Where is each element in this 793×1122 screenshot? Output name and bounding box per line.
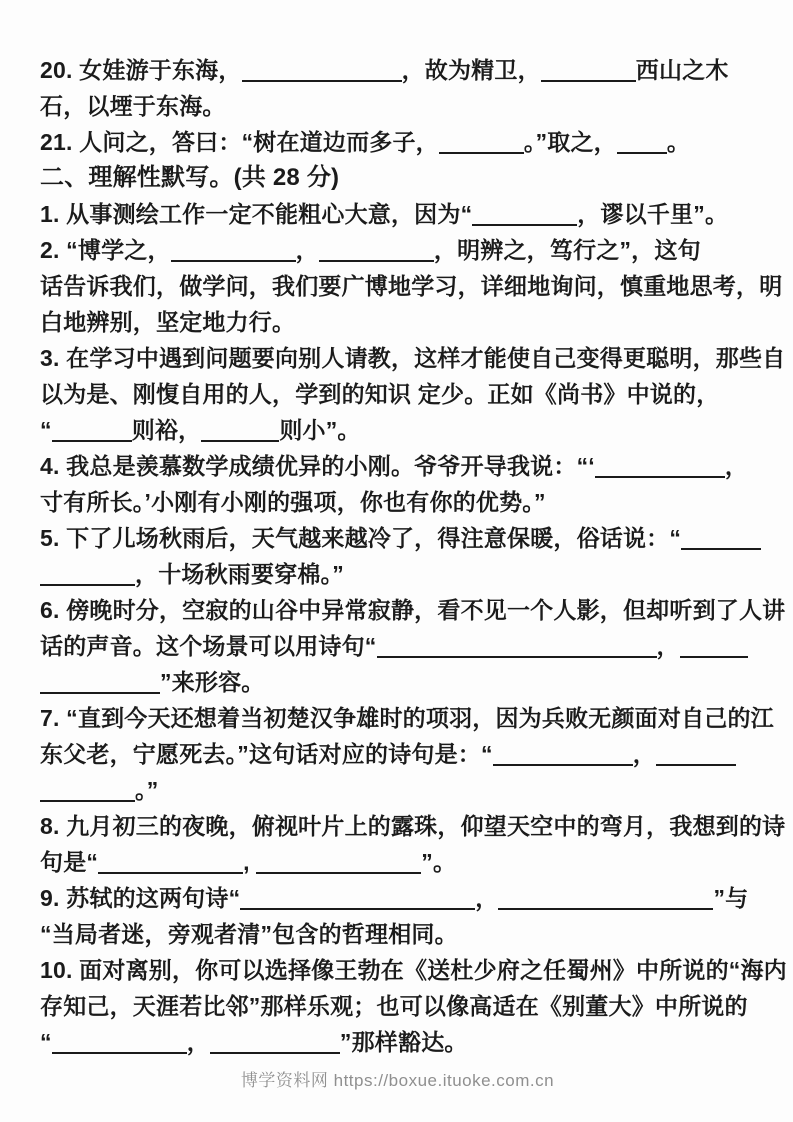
answer-blank (201, 417, 279, 442)
answer-blank (377, 633, 657, 658)
s2-question-6-line-2: 话的声音。这个场景可以用诗句“， (40, 628, 755, 664)
answer-blank (40, 669, 160, 694)
line-text: 寸有所长。’小刚有小刚的强项，你也有你的优势。” (40, 489, 546, 515)
answer-blank (98, 849, 243, 874)
answer-blank (656, 741, 736, 766)
s2-question-7-line-3: 。” (40, 772, 755, 808)
s2-question-6-line-1: 6. 傍晚时分，空寂的山谷中异常寂静，看不见一个人影，但却听到了人讲 (40, 592, 755, 628)
s2-question-10-line-1: 10. 面对离别，你可以选择像王勃在《送杜少府之任蜀州》中所说的“海内 (40, 952, 755, 988)
answer-blank (40, 777, 135, 802)
s2-question-3-line-3: “则裕，则小”。 (40, 412, 755, 448)
line-text: 9. 苏轼的这两句诗“ (40, 885, 240, 911)
s2-question-2-line-2: 话告诉我们，做学问，我们要广博地学习，详细地询问，慎重地思考，明 (40, 268, 755, 304)
line-text: 话告诉我们，做学问，我们要广博地学习，详细地询问，慎重地思考，明 (40, 273, 782, 299)
line-text: 白地辨别，坚定地力行。 (40, 309, 295, 335)
s2-question-5-line-2: ，十场秋雨要穿棉。” (40, 556, 755, 592)
s2-question-4-line-1: 4. 我总是羡慕数学成绩优异的小刚。爷爷开导我说：“‘， (40, 448, 755, 484)
answer-blank (210, 1029, 340, 1054)
line-text: 4. 我总是羡慕数学成绩优异的小刚。爷爷开导我说：“‘ (40, 453, 595, 479)
answer-blank (52, 1029, 187, 1054)
line-text: ”。 (421, 849, 456, 875)
s2-question-1-line-1: 1. 从事测绘工作一定不能粗心大意，因为“，谬以千里”。 (40, 196, 755, 232)
s2-question-3-line-2: 以为是、刚愎自用的人，学到的知识 定少。正如《尚书》中说的， (40, 376, 755, 412)
line-text: ，故为精卫， (402, 57, 541, 83)
line-text: 以为是、刚愎自用的人，学到的知识 定少。正如《尚书》中说的， (40, 381, 719, 407)
answer-blank (171, 237, 296, 262)
answer-blank (40, 561, 135, 586)
line-text: ”与 (713, 885, 748, 911)
question-20-line-1: 20. 女娃游于东海，，故为精卫，西山之木 (40, 52, 755, 88)
line-text: “ (40, 417, 52, 443)
line-text: ， (657, 633, 680, 659)
answer-blank (319, 237, 434, 262)
answer-blank (52, 417, 132, 442)
line-text: ”那样豁达。 (340, 1029, 468, 1055)
s2-question-3-line-1: 3. 在学习中遇到问题要向别人请教，这样才能使自己变得更聪明，那些自 (40, 340, 755, 376)
line-text: 话的声音。这个场景可以用诗句“ (40, 633, 377, 659)
s2-question-8-line-2: 句是“, ”。 (40, 844, 755, 880)
footer-text: 博学资料网 https://boxue.ituoke.com.cn (241, 1071, 554, 1090)
line-text: 存知己，天涯若比邻”那样乐观；也可以像高适在《别董大》中所说的 (40, 993, 748, 1019)
line-text: 3. 在学习中遇到问题要向别人请教，这样才能使自己变得更聪明，那些自 (40, 345, 785, 371)
s2-question-6-line-3: ”来形容。 (40, 664, 755, 700)
line-text: 。”取之， (524, 129, 617, 155)
answer-blank (681, 525, 761, 550)
s2-question-4-line-2: 寸有所长。’小刚有小刚的强项，你也有你的优势。” (40, 484, 755, 520)
question-21-line-1: 21. 人问之，答曰：“树在道边而多子，。”取之，。 (40, 124, 755, 160)
line-text: 2. “博学之， (40, 237, 171, 263)
line-text: ， (633, 741, 656, 767)
s2-question-2-line-1: 2. “博学之，，，明辨之，笃行之”，这句 (40, 232, 755, 268)
answer-blank (617, 129, 667, 154)
answer-blank (680, 633, 748, 658)
line-text: 二、理解性默写。(共 28 分) (40, 164, 339, 191)
s2-question-10-line-3: “，”那样豁达。 (40, 1024, 755, 1060)
line-text: 7. “直到今天还想着当初楚汉争雄时的项羽，因为兵败无颜面对自己的江 (40, 705, 774, 731)
s2-question-5-line-1: 5. 下了儿场秋雨后，天气越来越冷了，得注意保暖，俗话说：“ (40, 520, 755, 556)
s2-question-10-line-2: 存知己，天涯若比邻”那样乐观；也可以像高适在《别董大》中所说的 (40, 988, 755, 1024)
answer-blank (242, 57, 402, 82)
line-text: 10. 面对离别，你可以选择像王勃在《送杜少府之任蜀州》中所说的“海内 (40, 957, 787, 983)
s2-question-7-line-2: 东父老，宁愿死去。”这句话对应的诗句是：“， (40, 736, 755, 772)
answer-blank (541, 57, 636, 82)
answer-blank (439, 129, 524, 154)
line-text: 西山之木 (636, 57, 729, 83)
footer-watermark: 博学资料网 https://boxue.ituoke.com.cn (40, 1066, 755, 1091)
line-text: 。” (135, 777, 158, 803)
line-text: 则小”。 (279, 417, 360, 443)
line-text: ，十场秋雨要穿棉。” (135, 561, 344, 587)
answer-blank (498, 885, 713, 910)
line-text: ， (187, 1029, 210, 1055)
line-text: 石，以堙于东海。 (40, 93, 226, 119)
s2-question-7-line-1: 7. “直到今天还想着当初楚汉争雄时的项羽，因为兵败无颜面对自己的江 (40, 700, 755, 736)
s2-question-9-line-1: 9. 苏轼的这两句诗“，”与 (40, 880, 755, 916)
answer-blank (595, 453, 725, 478)
line-text: 5. 下了儿场秋雨后，天气越来越冷了，得注意保暖，俗话说：“ (40, 525, 681, 551)
line-text: 6. 傍晚时分，空寂的山谷中异常寂静，看不见一个人影，但却听到了人讲 (40, 597, 785, 623)
line-text: 东父老，宁愿死去。”这句话对应的诗句是：“ (40, 741, 493, 767)
answer-blank (256, 849, 421, 874)
line-text: ， (725, 453, 748, 479)
line-text: 20. 女娃游于东海， (40, 57, 242, 83)
line-text: 1. 从事测绘工作一定不能粗心大意，因为“ (40, 201, 472, 227)
question-20-line-2: 石，以堙于东海。 (40, 88, 755, 124)
line-text: , (243, 849, 256, 875)
line-text: “当局者迷，旁观者清”包含的哲理相同。 (40, 921, 458, 947)
line-text: ，明辨之，笃行之”，这句 (434, 237, 701, 263)
answer-blank (472, 201, 577, 226)
line-text: ， (296, 237, 319, 263)
line-text: 。 (667, 129, 690, 155)
s2-question-8-line-1: 8. 九月初三的夜晚，俯视叶片上的露珠，仰望天空中的弯月，我想到的诗 (40, 808, 755, 844)
answer-blank (493, 741, 633, 766)
question-list: 20. 女娃游于东海，，故为精卫，西山之木石，以堙于东海。21. 人问之，答曰：… (40, 52, 755, 1060)
line-text: ”来形容。 (160, 669, 265, 695)
section-2-heading: 二、理解性默写。(共 28 分) (40, 160, 755, 196)
line-text: 8. 九月初三的夜晚，俯视叶片上的露珠，仰望天空中的弯月，我想到的诗 (40, 813, 785, 839)
line-text: ，谬以千里”。 (577, 201, 728, 227)
line-text: 21. 人问之，答曰：“树在道边而多子， (40, 129, 439, 155)
s2-question-9-line-2: “当局者迷，旁观者清”包含的哲理相同。 (40, 916, 755, 952)
line-text: 句是“ (40, 849, 98, 875)
answer-blank (240, 885, 475, 910)
s2-question-2-line-3: 白地辨别，坚定地力行。 (40, 304, 755, 340)
line-text: “ (40, 1029, 52, 1055)
line-text: 则裕， (132, 417, 202, 443)
line-text: ， (475, 885, 498, 911)
exam-page: 20. 女娃游于东海，，故为精卫，西山之木石，以堙于东海。21. 人问之，答曰：… (0, 0, 793, 1122)
